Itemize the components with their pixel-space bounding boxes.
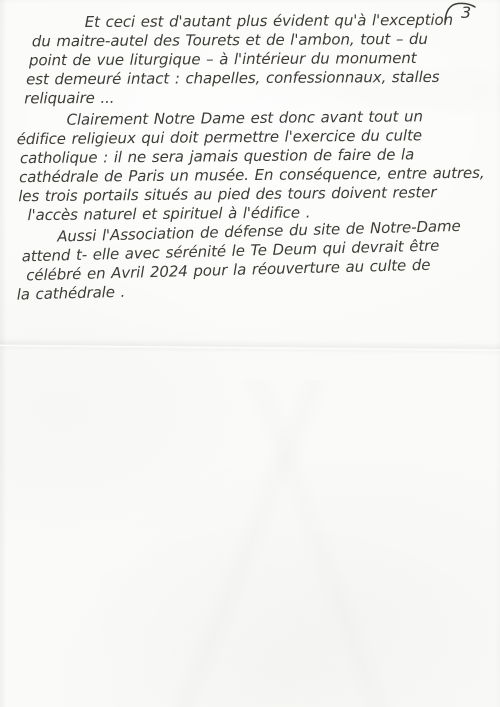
paragraph-1: Et ceci est d'autant plus évident qu'à l… (0, 10, 500, 108)
paper-wrinkle-texture (0, 380, 500, 707)
paragraph-2: Clairement Notre Dame est donc avant tou… (0, 107, 500, 226)
paper-fold-crease (0, 338, 500, 356)
handwritten-line: reliquaire ... (24, 86, 500, 108)
paragraph-3: Aussi l'Association de défense du site d… (0, 216, 500, 305)
scanned-letter-page: 3 Et ceci est d'autant plus évident qu'à… (0, 0, 500, 707)
handwritten-line: est demeuré intact : chapelles, confessi… (26, 67, 500, 89)
handwritten-line: Et ceci est d'autant plus évident qu'à l… (85, 10, 500, 32)
